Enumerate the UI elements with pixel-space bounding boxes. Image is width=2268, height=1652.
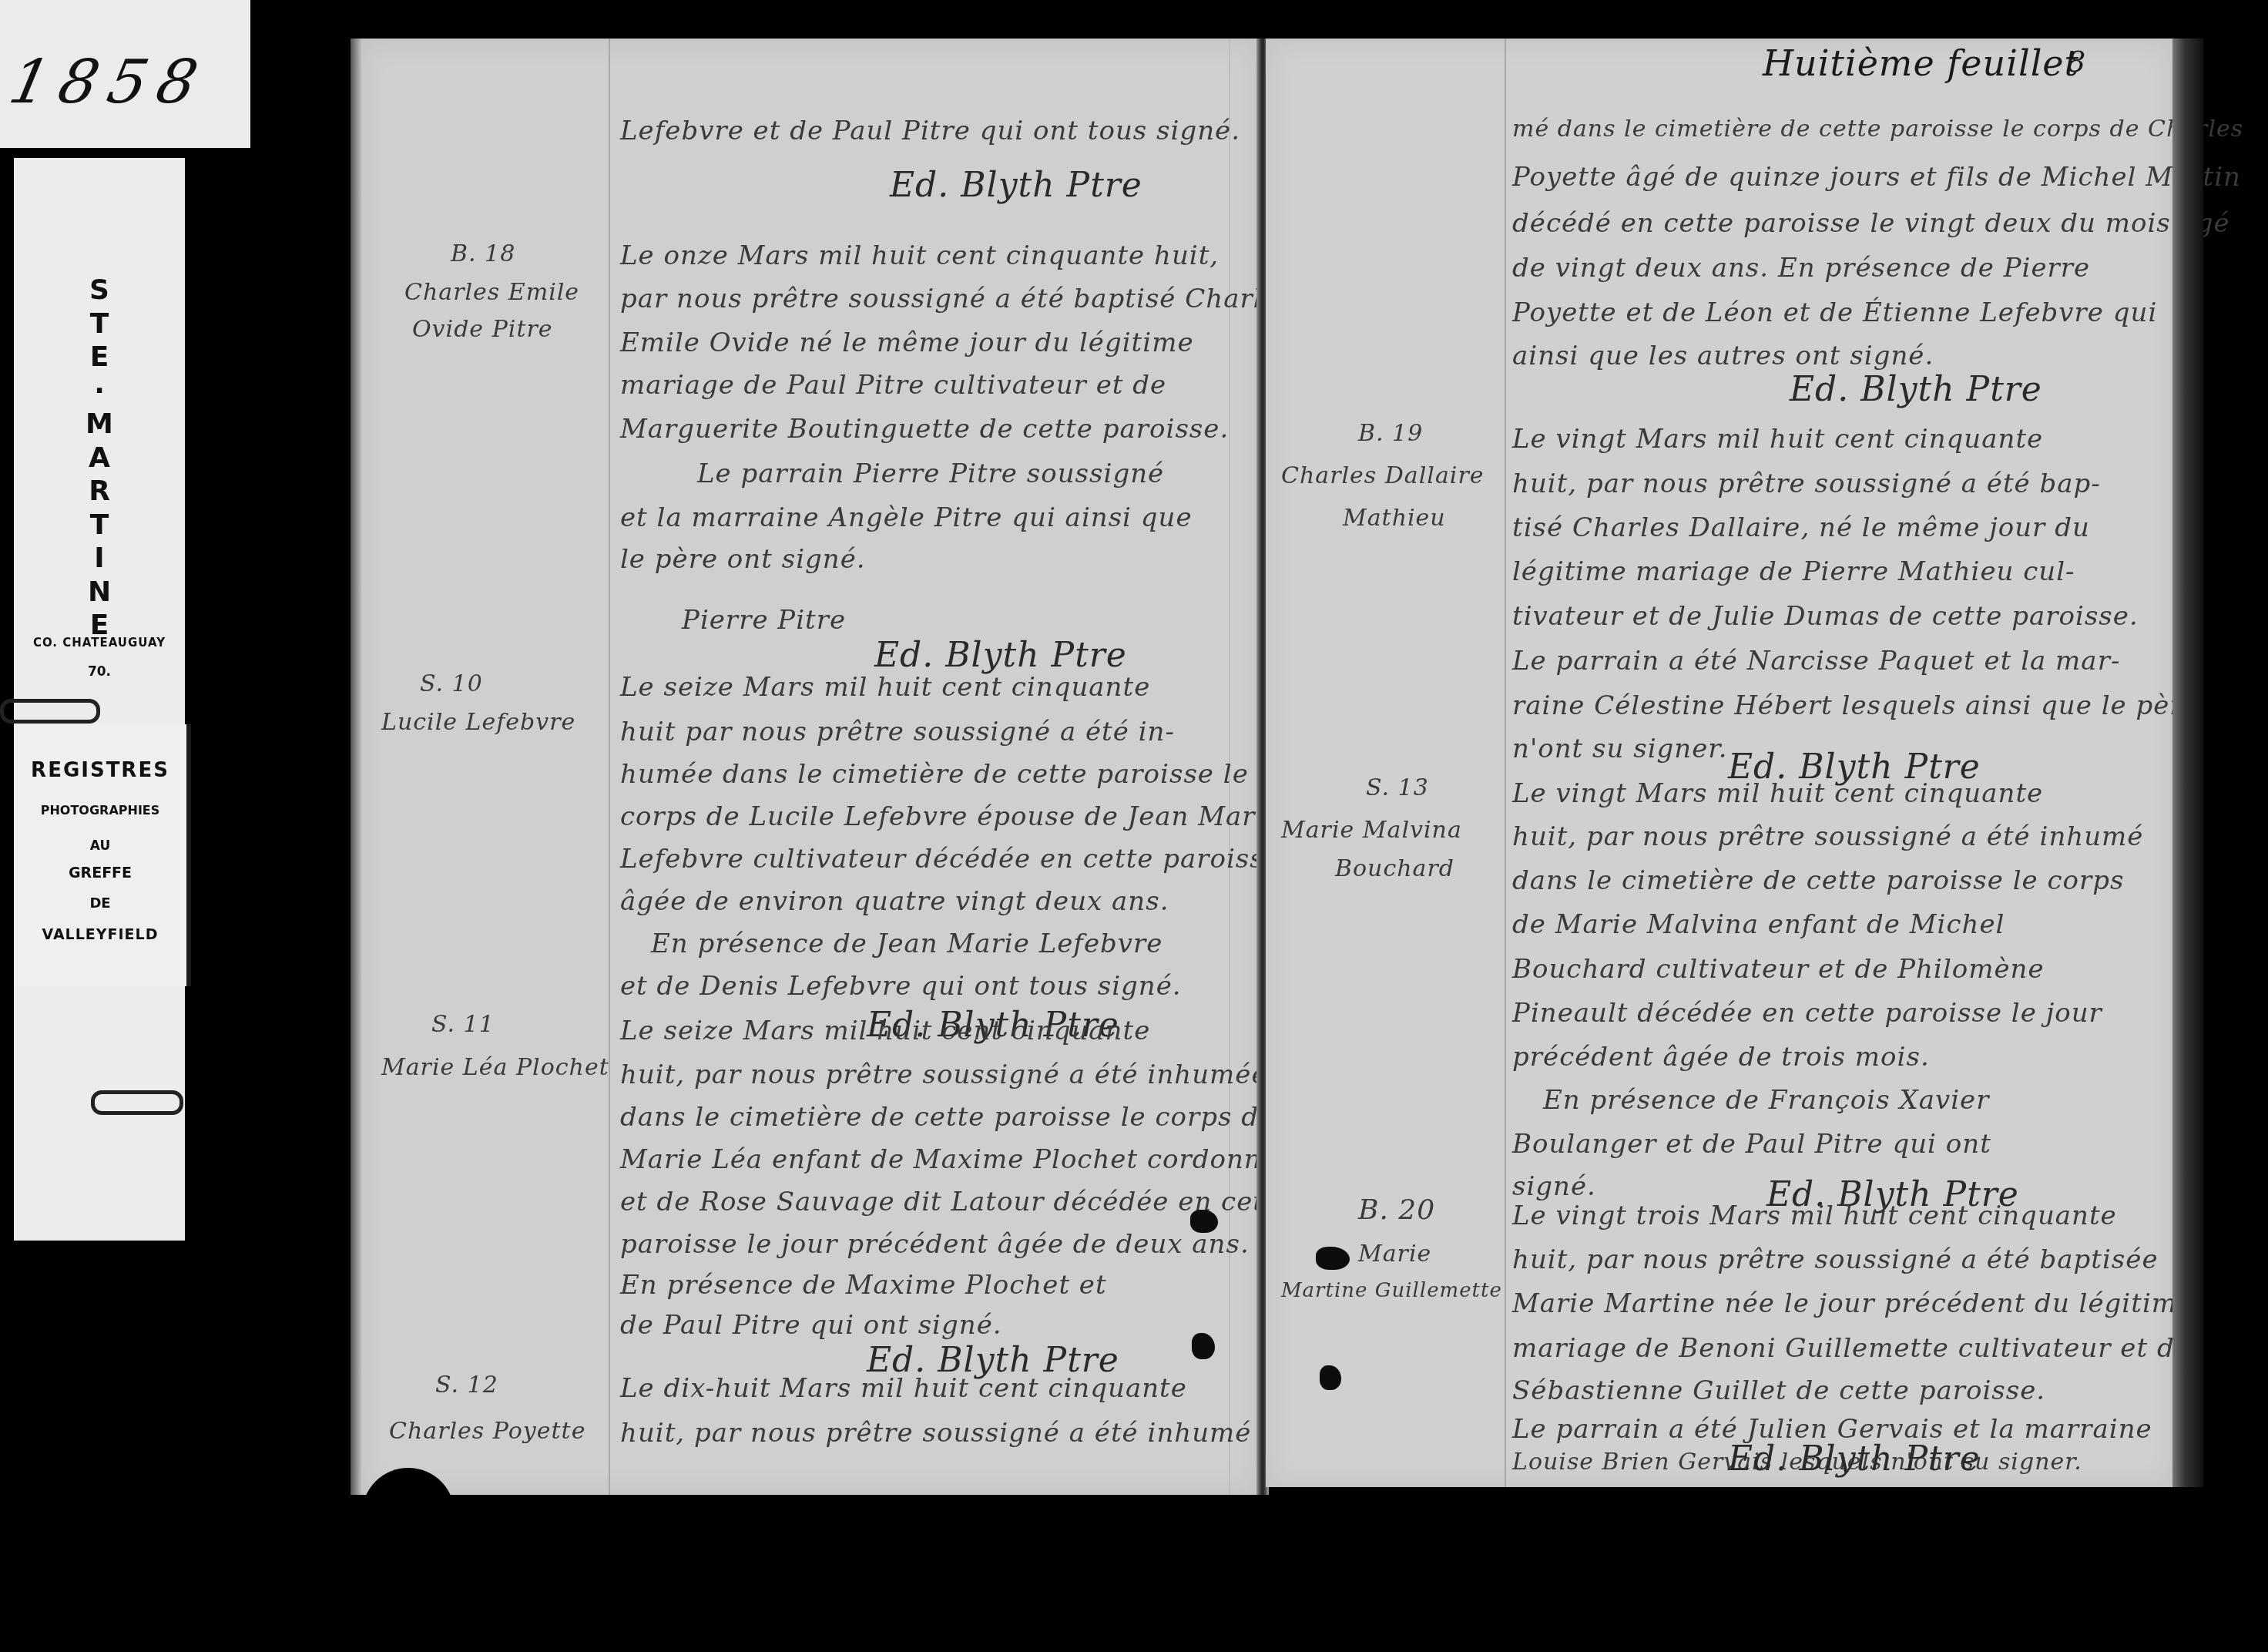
priest-signature: Ed. Blyth Ptre <box>890 166 1142 205</box>
margin-rule <box>609 39 610 1495</box>
entry-line: tivateur et de Julie Dumas de cette paro… <box>1512 601 2139 632</box>
entry-line: Le vingt Mars mil huit cent cinquante <box>1512 424 2043 455</box>
entry-code: S. 12 <box>435 1372 498 1398</box>
entry-line: huit, par nous prêtre soussigné a été in… <box>620 1059 1268 1090</box>
entry-name: Marie <box>1358 1241 1431 1268</box>
priest-signature: Ed. Blyth Ptre <box>1790 370 2042 409</box>
card-line: VALLEYFIELD <box>14 926 186 943</box>
ink-blot <box>1316 1247 1350 1270</box>
entry-line: raine Célestine Hébert lesquels ainsi qu… <box>1512 690 2199 721</box>
entry-line: le père ont signé. <box>620 544 866 575</box>
priest-signature: Ed. Blyth Ptre <box>874 636 1127 675</box>
year-tab: 1858 <box>0 0 250 148</box>
entry-name: Marie Léa Plochet <box>381 1054 609 1081</box>
entry-name: Mathieu <box>1343 505 1446 532</box>
entry-line: âgée de environ quatre vingt deux ans. <box>620 886 1169 917</box>
entry-line: de vingt deux ans. En présence de Pierre <box>1512 253 2090 284</box>
entry-line: décédé en cette paroisse le vingt deux d… <box>1512 208 2230 239</box>
entry-name: Lucile Lefebvre <box>381 709 575 736</box>
entry-name: Bouchard <box>1335 855 1454 882</box>
entry-line: signé. <box>1512 1171 1596 1202</box>
county-name: CO. CHATEAUGUAY <box>14 636 185 650</box>
entry-code: S. 11 <box>431 1011 495 1038</box>
parish-letter: S <box>14 274 185 307</box>
margin-rule <box>1505 39 1506 1487</box>
entry-line: Marie Léa enfant de Maxime Plochet cordo… <box>620 1144 1300 1175</box>
entry-line: En présence de Maxime Plochet et <box>620 1270 1107 1301</box>
entry-name: Charles Emile <box>404 279 579 306</box>
card-line: PHOTOGRAPHIES <box>14 803 186 818</box>
entry-line: huit, par nous prêtre soussigné a été ba… <box>1512 468 2101 499</box>
entry-name: Charles Dallaire <box>1281 462 1485 489</box>
card-line: GREFFE <box>14 865 186 881</box>
entry-line: Le seize Mars mil huit cent cinquante <box>620 1016 1150 1046</box>
ink-blot <box>1320 1365 1341 1390</box>
entry-line: En présence de Jean Marie Lefebvre <box>651 928 1163 959</box>
county-number: 70. <box>14 664 185 680</box>
open-register-book: Lefebvre et de Paul Pitre qui ont tous s… <box>351 39 2207 1503</box>
entry-line: précédent âgée de trois mois. <box>1512 1042 1930 1073</box>
entry-line: Pineault décédée en cette paroisse le jo… <box>1512 998 2102 1029</box>
entry-code: B. 20 <box>1358 1194 1435 1226</box>
paperclip-icon <box>91 1090 183 1115</box>
entry-line: huit, par nous prêtre soussigné a été ba… <box>1512 1244 2159 1275</box>
priest-signature: Ed. Blyth Ptre <box>1728 1439 1981 1479</box>
entry-line: légitime mariage de Pierre Mathieu cul- <box>1512 556 2075 587</box>
parish-letter: T <box>14 307 185 341</box>
parish-label-strip: S T E · M A R T I N E CO. CHATEAUGUAY 70… <box>14 158 185 1241</box>
entry-line: tisé Charles Dallaire, né le même jour d… <box>1512 512 2090 543</box>
entry-name: Charles Poyette <box>389 1418 585 1445</box>
entry-line: mé dans le cimetière de cette paroisse l… <box>1512 116 2243 143</box>
card-line: REGISTRES <box>14 759 186 782</box>
entry-line: dans le cimetière de cette paroisse le c… <box>1512 865 2124 896</box>
entry-line: Le seize Mars mil huit cent cinquante <box>620 672 1150 703</box>
entry-line: et de Rose Sauvage dit Latour décédée en… <box>620 1187 1292 1217</box>
left-page: Lefebvre et de Paul Pitre qui ont tous s… <box>358 39 1260 1495</box>
parish-letter: E <box>14 341 185 374</box>
entry-code: S. 10 <box>420 670 483 697</box>
entry-line: n'ont su signer. <box>1512 734 1728 764</box>
parish-letter: R <box>14 475 185 509</box>
entry-line: Bouchard cultivateur et de Philomène <box>1512 954 2045 985</box>
entry-line: et de Denis Lefebvre qui ont tous signé. <box>620 971 1182 1002</box>
entry-line: Le dix-huit Mars mil huit cent cinquante <box>620 1373 1187 1404</box>
entry-line: dans le cimetière de cette paroisse le c… <box>620 1102 1275 1133</box>
entry-line: Le vingt trois Mars mil huit cent cinqua… <box>1512 1200 2117 1231</box>
entry-line: huit par nous prêtre soussigné a été in- <box>620 717 1175 747</box>
entry-name: Martine Guillemette <box>1281 1279 1502 1302</box>
entry-line: mariage de Paul Pitre cultivateur et de <box>620 370 1166 401</box>
parish-letter: · <box>14 374 185 408</box>
ink-blot <box>1190 1210 1218 1233</box>
entry-name: Ovide Pitre <box>412 316 553 343</box>
parish-letter: I <box>14 542 185 576</box>
entry-line: Le onze Mars mil huit cent cinquante hui… <box>620 240 1219 271</box>
parish-letter: T <box>14 509 185 542</box>
entry-code: B. 19 <box>1358 420 1423 447</box>
entry-line: Le parrain a été Narcisse Paquet et la m… <box>1512 646 2120 677</box>
entry-line: mariage de Benoni Guillemette cultivateu… <box>1512 1333 2191 1364</box>
entry-name: Marie Malvina <box>1281 817 1462 844</box>
card-line: AU <box>14 838 186 854</box>
parish-letter: N <box>14 576 185 609</box>
entry-line: humée dans le cimetière de cette paroiss… <box>620 759 1249 790</box>
entry-line: Le parrain Pierre Pitre soussigné <box>697 458 1164 489</box>
entry-line: Poyette et de Léon et de Étienne Lefebvr… <box>1512 297 2157 328</box>
archive-card: REGISTRES PHOTOGRAPHIES AU GREFFE DE VAL… <box>14 724 191 986</box>
entry-line: paroisse le jour précédent âgée de deux … <box>620 1229 1250 1260</box>
entry-code: S. 13 <box>1366 774 1429 801</box>
entry-line: Le vingt Mars mil huit cent cinquante <box>1512 778 2043 809</box>
entry-line: de Marie Malvina enfant de Michel <box>1512 909 2005 940</box>
entry-line: corps de Lucile Lefebvre épouse de Jean … <box>620 801 1281 832</box>
card-line: DE <box>14 895 186 912</box>
entry-line: Lefebvre cultivateur décédée en cette pa… <box>620 844 1280 875</box>
entry-line: Boulanger et de Paul Pitre qui ont <box>1512 1129 1991 1160</box>
parish-letter: A <box>14 442 185 475</box>
left-page-edge <box>351 39 361 1495</box>
entry-line: Lefebvre et de Paul Pitre qui ont tous s… <box>620 116 1240 146</box>
paperclip-icon <box>0 699 100 724</box>
ink-blot <box>1192 1333 1215 1359</box>
witness-signature: Pierre Pitre <box>682 605 846 636</box>
entry-line: huit, par nous prêtre soussigné a été in… <box>620 1418 1251 1449</box>
entry-line: ainsi que les autres ont signé. <box>1512 341 1934 371</box>
entry-line: En présence de François Xavier <box>1543 1085 1989 1116</box>
folio-number: 8 <box>2067 45 2086 79</box>
entry-line: de Paul Pitre qui ont signé. <box>620 1310 1002 1341</box>
right-page: Huitième feuillet 8 mé dans le cimetière… <box>1266 39 2175 1487</box>
right-page-edge <box>2172 39 2203 1487</box>
parish-name-vertical: S T E · M A R T I N E <box>14 274 185 643</box>
entry-line: Marie Martine née le jour précédent du l… <box>1512 1288 2193 1319</box>
entry-code: B. 18 <box>451 240 515 267</box>
folio-heading: Huitième feuillet <box>1763 42 2079 84</box>
entry-line: huit, par nous prêtre soussigné a été in… <box>1512 821 2143 852</box>
entry-line: Poyette âgé de quinze jours et fils de M… <box>1512 162 2241 193</box>
entry-line: Marguerite Boutinguette de cette paroiss… <box>620 414 1229 445</box>
entry-line: Emile Ovide né le même jour du légitime <box>620 327 1194 358</box>
register-year: 1858 <box>3 48 214 117</box>
entry-line: par nous prêtre soussigné a été baptisé … <box>620 284 1293 314</box>
parish-letter: M <box>14 408 185 442</box>
entry-line: et la marraine Angèle Pitre qui ainsi qu… <box>620 502 1193 533</box>
entry-line: Sébastienne Guillet de cette paroisse. <box>1512 1375 2045 1406</box>
